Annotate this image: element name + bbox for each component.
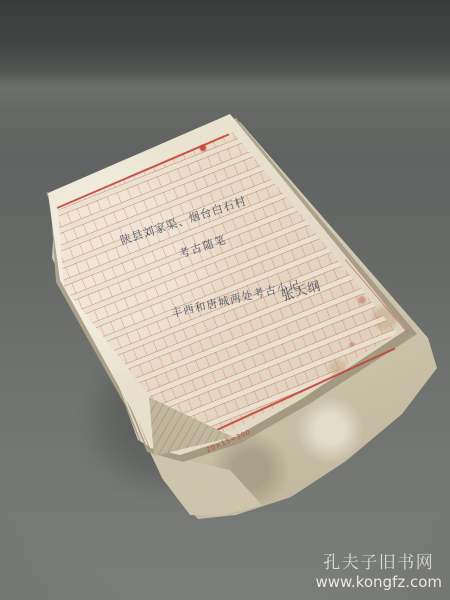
- watermark-site-url: www.kongfz.com: [315, 574, 442, 591]
- watermark: 孔夫子旧书网 www.kongfz.com: [315, 554, 442, 590]
- photo: 陕县刘家渠、烟台白石村 考古随笔 丰西和唐城两处考古小记 张天纲 20×15=3…: [0, 0, 450, 600]
- watermark-site-name: 孔夫子旧书网: [315, 554, 442, 573]
